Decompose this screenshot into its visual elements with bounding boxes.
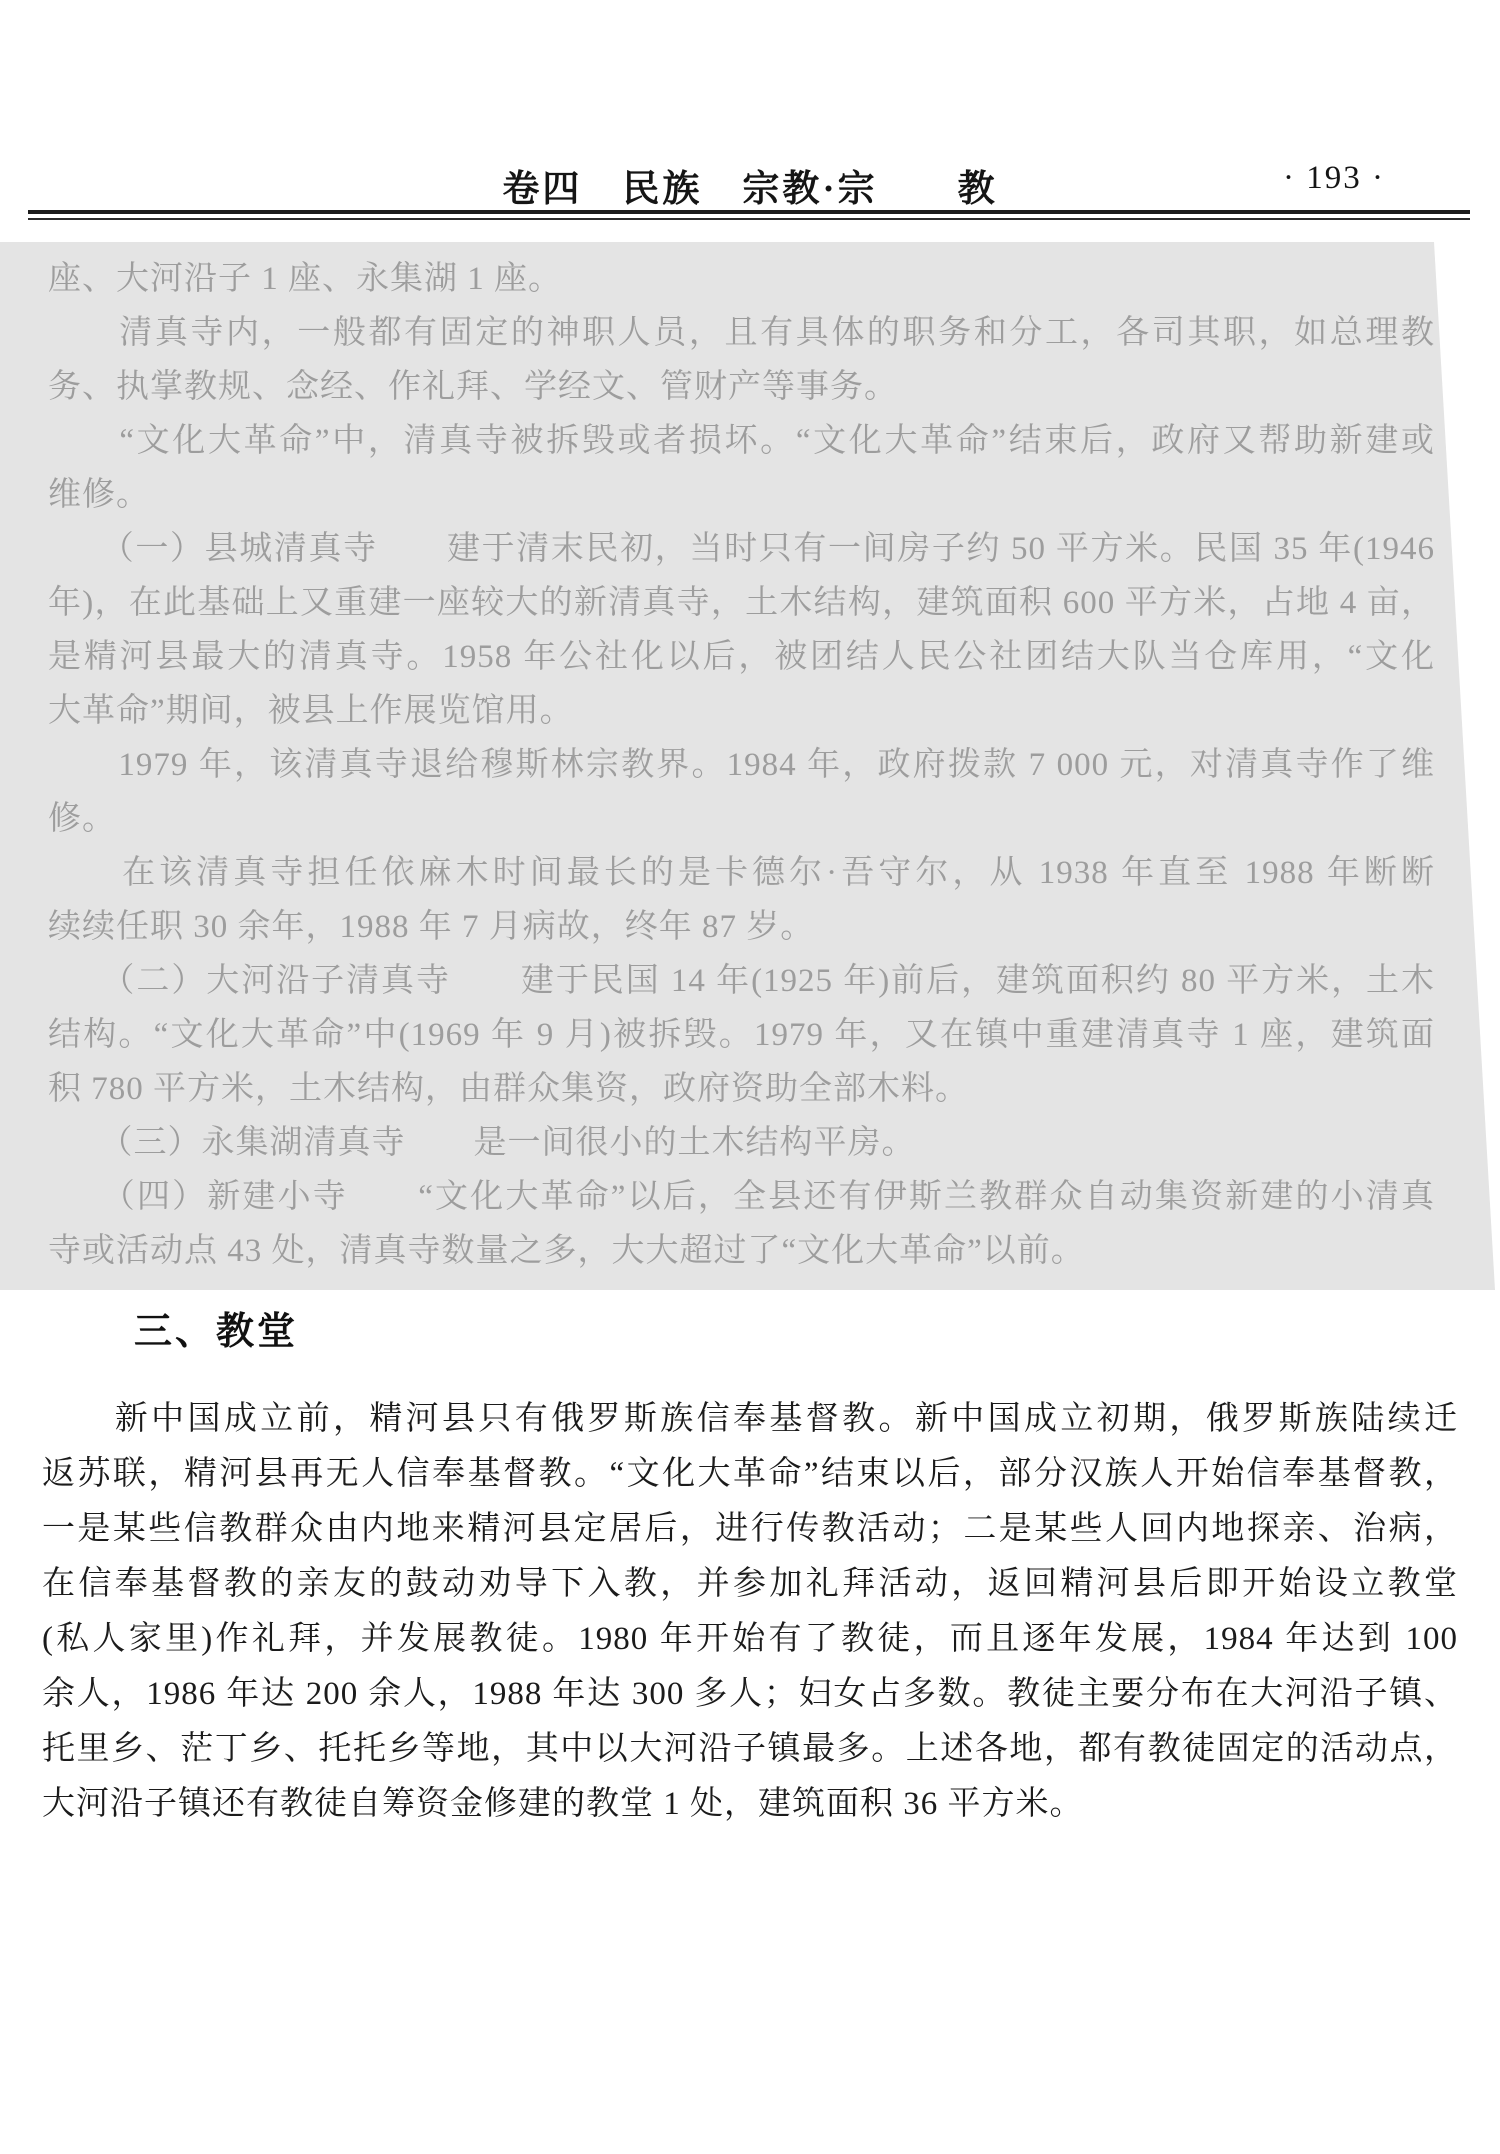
header-title: 卷四 民族 宗教·宗 教 [40,158,1460,212]
text-line: 寺或活动点 43 处，清真寺数量之多，大大超过了“文化大革命”以前。 [48,1224,1435,1278]
paragraph-line: 大河沿子镇还有教徒自筹资金修建的教堂 1 处，建筑面积 36 平方米。 [42,1777,1458,1832]
text-line: （二）大河沿子清真寺 建于民国 14 年(1925 年)前后，建筑面积约 80 … [48,954,1435,1008]
text-line: 续续任职 30 余年，1988 年 7 月病故，终年 87 岁。 [48,900,1435,954]
body-paragraph: 新中国成立前，精河县只有俄罗斯族信奉基督教。新中国成立初期，俄罗斯族陆续迁 返苏… [42,1392,1458,1832]
text-line: 是精河县最大的清真寺。1958 年公社化以后，被团结人民公社团结大队当仓库用，“… [48,630,1435,684]
paragraph-line: 返苏联，精河县再无人信奉基督教。“文化大革命”结束以后，部分汉族人开始信奉基督教… [42,1447,1458,1502]
paragraph-line: (私人家里)作礼拜，并发展教徒。1980 年开始有了教徒，而且逐年发展，1984… [42,1612,1458,1667]
paragraph-line: 余人，1986 年达 200 余人，1988 年达 300 多人；妇女占多数。教… [42,1667,1458,1722]
text-line: （四）新建小寺 “文化大革命”以后，全县还有伊斯兰教群众自动集资新建的小清真 [48,1170,1435,1224]
text-line: 积 780 平方米，土木结构，由群众集资，政府资助全部木料。 [48,1062,1435,1116]
text-line: 务、执掌教规、念经、作礼拜、学经文、管财产等事务。 [48,360,1435,414]
running-header: 卷四 民族 宗教·宗 教 · 193 · [40,158,1460,210]
text-line: “文化大革命”中，清真寺被拆毁或者损坏。“文化大革命”结束后，政府又帮助新建或 [48,414,1435,468]
text-line: 在该清真寺担任依麻木时间最长的是卡德尔·吾守尔，从 1938 年直至 1988 … [48,846,1435,900]
header-divider [28,210,1470,220]
text-line: 清真寺内，一般都有固定的神职人员，且有具体的职务和分工，各司其职，如总理教 [48,306,1435,360]
page-number: · 193 · [1283,160,1385,197]
text-line: 大革命”期间，被县上作展览馆用。 [48,684,1435,738]
text-line: 1979 年，该清真寺退给穆斯林宗教界。1984 年，政府拨款 7 000 元，… [48,738,1435,792]
text-line: 修。 [48,792,1435,846]
text-line: （一）县城清真寺 建于清末民初，当时只有一间房子约 50 平方米。民国 35 年… [48,522,1435,576]
text-line: 维修。 [48,468,1435,522]
text-line: （三）永集湖清真寺 是一间很小的土木结构平房。 [48,1116,1435,1170]
text-line: 座、大河沿子 1 座、永集湖 1 座。 [48,252,1435,306]
paragraph-line: 在信奉基督教的亲友的鼓动劝导下入教，并参加礼拜活动，返回精河县后即开始设立教堂 [42,1557,1458,1612]
text-line: 年)，在此基础上又重建一座较大的新清真寺，土木结构，建筑面积 600 平方米，占… [48,576,1435,630]
highlighted-text-block: 座、大河沿子 1 座、永集湖 1 座。 清真寺内，一般都有固定的神职人员，且有具… [0,242,1495,1290]
section-heading: 三、教堂 [134,1300,298,1355]
text-line: 结构。“文化大革命”中(1969 年 9 月)被拆毁。1979 年，又在镇中重建… [48,1008,1435,1062]
paragraph-line: 一是某些信教群众由内地来精河县定居后，进行传教活动；二是某些人回内地探亲、治病， [42,1502,1458,1557]
paragraph-line: 托里乡、茫丁乡、托托乡等地，其中以大河沿子镇最多。上述各地，都有教徒固定的活动点… [42,1722,1458,1777]
book-page: 卷四 民族 宗教·宗 教 · 193 · 座、大河沿子 1 座、永集湖 1 座。… [0,0,1500,2154]
paragraph-line: 新中国成立前，精河县只有俄罗斯族信奉基督教。新中国成立初期，俄罗斯族陆续迁 [42,1392,1458,1447]
